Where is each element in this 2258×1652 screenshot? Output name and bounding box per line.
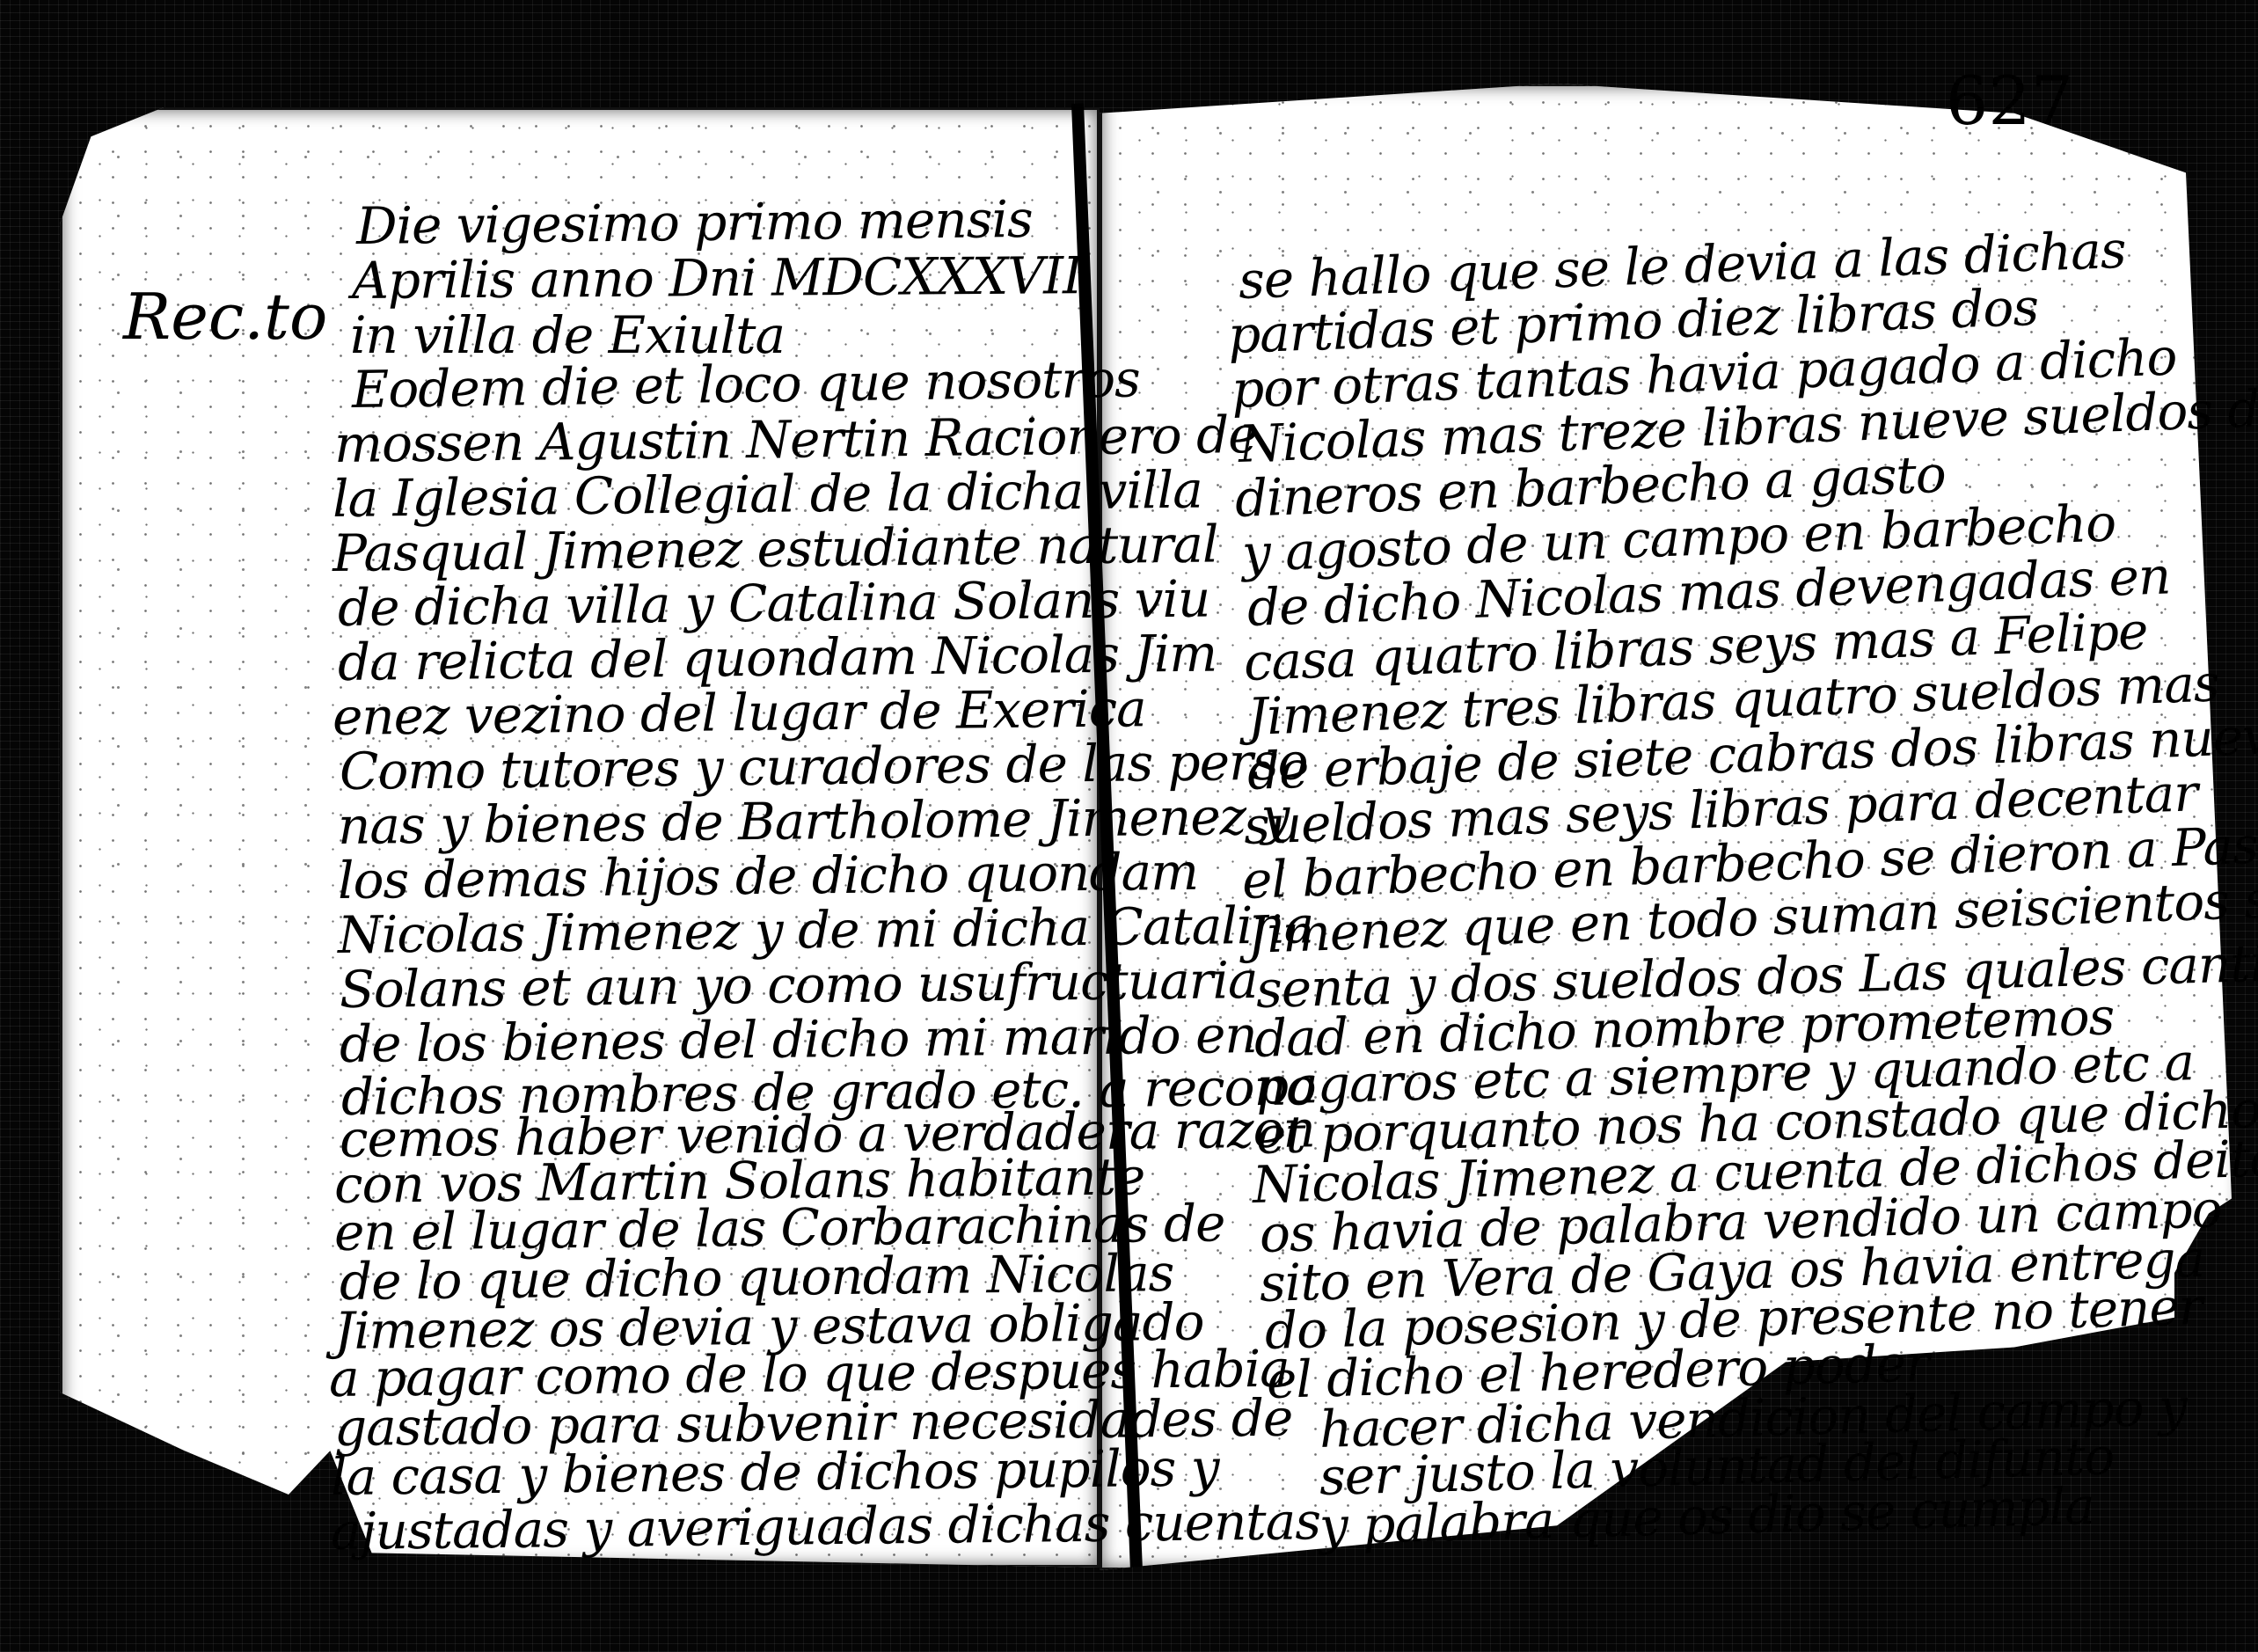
left-line-2: Aprilis anno Dni MDCXXXVII xyxy=(352,250,1082,306)
margin-note: Rec.to xyxy=(123,280,327,354)
left-line-1: Die vigesimo primo mensis xyxy=(356,194,1033,252)
left-line-3: in villa de Exiulta xyxy=(350,310,785,361)
left-line-4: Eodem die et loco que nosotros xyxy=(352,353,1141,415)
left-line-26: ajustadas y averiguadas dichas cuentas xyxy=(331,1495,1321,1557)
folio-number: 627 xyxy=(1946,62,2073,140)
